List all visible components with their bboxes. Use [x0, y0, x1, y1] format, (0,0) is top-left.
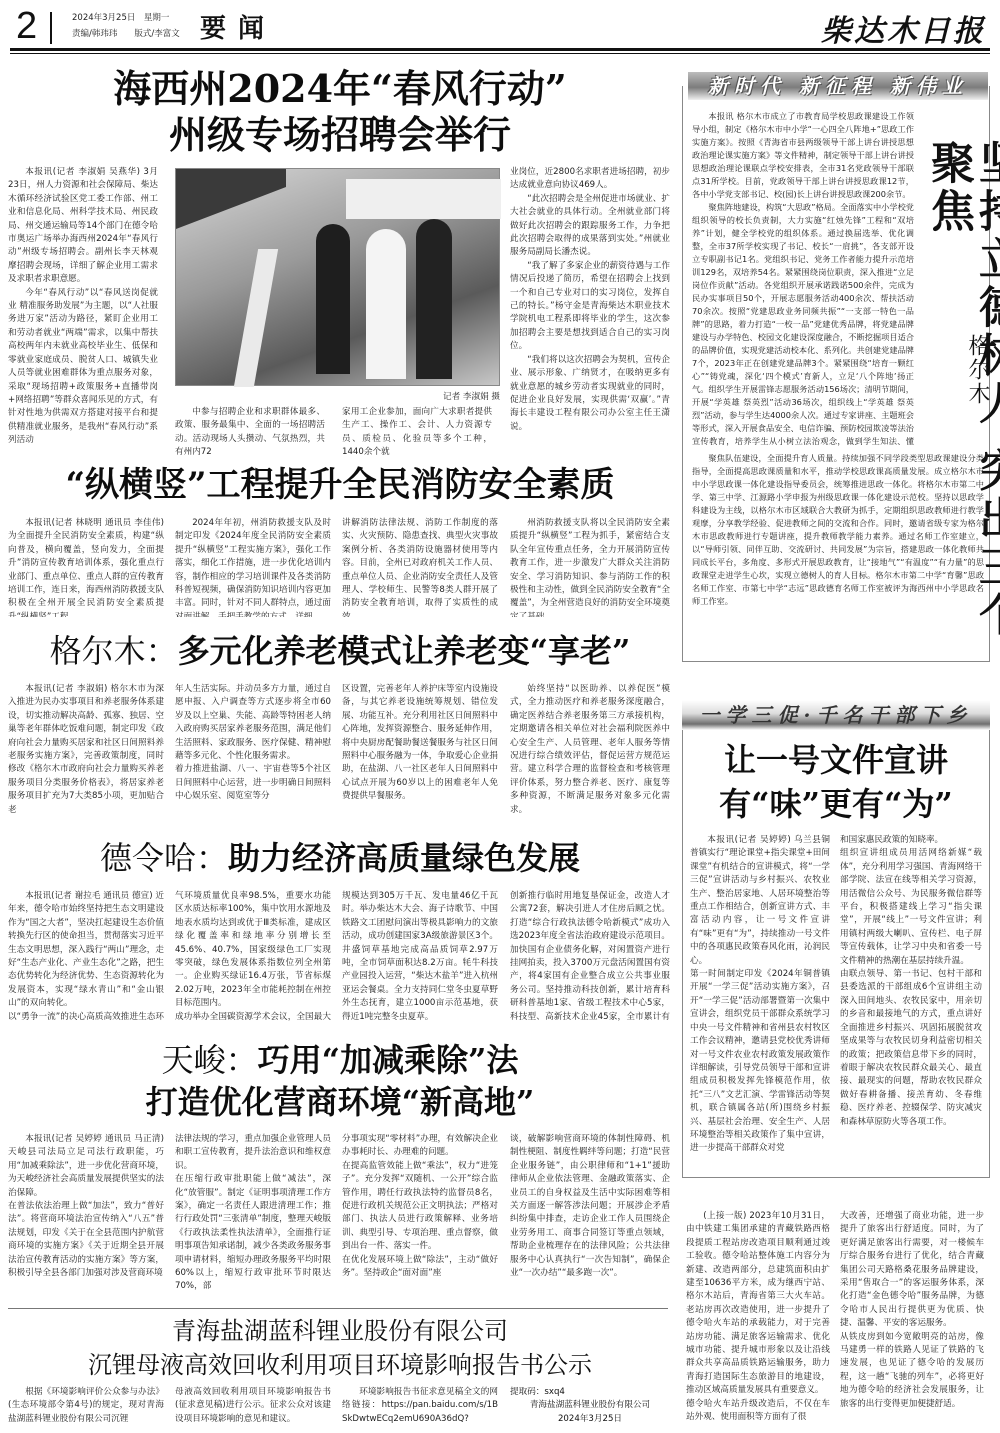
article-column: (上接一版) 2023年10月31日，由中铁建工集团承建的青藏铁路西格段提质工程… — [686, 1210, 830, 1430]
article-headline: “纵横竖”工程提升全民消防安全素质 — [0, 463, 680, 507]
article-column: 大改善，还增强了商业功能，进一步提升了旅客出行舒适度。同时，为了更好满足旅客出行… — [840, 1210, 984, 1430]
masthead: 2 2024年3月25日 星期一 责编/韩玮玮 版式/李富文 要闻 柴达木日报 — [0, 0, 1000, 52]
editors: 责编/韩玮玮 版式/李富文 — [72, 26, 180, 42]
notice-column: 提取码：sxq4 青海盐湖蓝科锂业股份有限公司 2024年3月25日 — [510, 1386, 670, 1430]
article-column: 年人生活实际。并动员多方力量，通过自愿申报、入户调查等方式逐步将全市60岁及以上… — [175, 683, 331, 819]
article-continued: (上接一版) 2023年10月31日，由中铁建工集团承建的青藏铁路西格段提质工程… — [680, 1210, 992, 1433]
article-column: 家用工企业参加，面向广大求职者提供生产工、操作工、会计、人力资源专员、质检员、化… — [342, 406, 492, 456]
photo-caption: 记者 李淑娟 摄 — [175, 390, 500, 402]
article-column: 本报讯(记者 吴婷婷 通讯员 马正清) 天峻县司法局立足司法行政职能，巧用“加减… — [8, 1133, 164, 1293]
article-column: 本报讯(记者 林晓明 通讯员 李佳伟) 为全面提升全民消防安全素质，构建“纵向普… — [8, 517, 164, 617]
article-golmud-elderly: 格尔木：多元化养老模式让养老变“享老” 本报讯(记者 李淑娟) 格尔木市为深入推… — [0, 625, 680, 825]
article-column: 2024年年初，州消防救援支队及时制定印发《2024年度全民消防安全素质提升“纵… — [175, 517, 331, 617]
sidebar-column: 和国家惠民政策的知晓率。 组织宣讲组成员用活网络新媒“载体”，充分利用学习强国、… — [840, 834, 982, 1172]
notice-title: 青海盐湖蓝科锂业股份有限公司 沉锂母液高效回收利用项目环境影响报告书公示 — [0, 1314, 680, 1382]
newspaper-logo: 柴达木日报 — [821, 6, 986, 50]
article-column: 分事项实现“零材料”办理，有效解决企业办事耗时长、办理难的问题。 在提高监管效能… — [342, 1133, 498, 1293]
article-column: 业岗位，近2800名求职者进场招聘，初步达成就业意向协议469人。 “此次招聘会… — [510, 166, 670, 454]
sidebar-title: 让一号文件宣讲 有“味”更有“为” — [682, 738, 990, 826]
article-headline: 格尔木：多元化养老模式让养老变“享老” — [0, 629, 680, 673]
extraction-code: 提取码：sxq4 — [510, 1386, 670, 1399]
notice-column: 环境影响报告书征求意见稿全文的网络链接：https://pan.baidu.co… — [342, 1386, 498, 1430]
column-banner: 一学三促·千名干部下乡 — [682, 700, 990, 730]
news-photo — [175, 168, 500, 386]
article-column: 区设置，完善老年人养护床等室内设施设备，与其它养老设施统筹规划、错位发展、功能互… — [342, 683, 498, 819]
article-column: 谈，破解影响营商环境的体制性障碍、机制性梗阻、制度性羁绊等问题；打造“民营企业服… — [510, 1133, 670, 1293]
article-column: 讲解消防法律法规、消防工作制度的落实、火灾预防、隐患查找、典型火灾事故案例分析、… — [342, 517, 498, 617]
masthead-rule — [10, 48, 990, 51]
article-delingha-green: 德令哈：助力经济高质量绿色发展 本报讯(记者 谢拉毛 通讯员 德宣) 近年来，德… — [0, 830, 680, 1030]
article-tianjun-business: 天峻：巧用“加减乘除”法 打造优化营商环境“新高地” 本报讯(记者 吴婷婷 通讯… — [0, 1035, 680, 1300]
article-column: 规模达到305万千瓦、发电量46亿千瓦时。举办柴达木大会、海子诗歌节、中国铁路文… — [342, 890, 498, 1024]
article-fire-safety: “纵横竖”工程提升全民消防安全素质 本报讯(记者 林晓明 通讯员 李佳伟) 为全… — [0, 455, 680, 615]
sidebar-author: 格尔木 — [962, 334, 993, 406]
sidebar-column: 本报讯(记者 吴婷婷) 乌兰县铜普镇实行“理论课堂+指尖课堂+田间课堂”有机结合… — [690, 834, 830, 1172]
issue-date: 2024年3月25日 星期一 — [72, 10, 180, 26]
masthead-rule-thin — [10, 53, 990, 54]
article-column: 中参与招聘企业和求职群体最多、政策、服务最集中、全面的一场招聘活动。活动现场人头… — [175, 406, 325, 456]
notice-date: 2024年3月25日 — [510, 1413, 670, 1426]
section-divider — [8, 1308, 668, 1309]
article-headline: 天峻：巧用“加减乘除”法 打造优化营商环境“新高地” — [0, 1039, 680, 1123]
article-column: 始终坚持“以医助养、以养促医”模式，全力推动医疗和养老服务深度融合，确定医养结合… — [510, 683, 670, 819]
notice-column: 母液高效回收利用项目环境影响报告书(征求意见稿)进行公示。征求公众对该建设项目环… — [175, 1386, 331, 1430]
sidebar-cadres-countryside: 一学三促·千名干部下乡 让一号文件宣讲 有“味”更有“为” 本报讯(记者 吴婷婷… — [680, 700, 992, 1200]
issue-meta: 2024年3月25日 星期一 责编/韩玮玮 版式/李富文 — [72, 10, 180, 42]
article-headline: 海西州2024年“春风行动” 州级专场招聘会举行 — [0, 66, 680, 158]
notice-column: 根据《环境影响评价公众参与办法》(生态环境部令第4号)的规定，现对青海盐湖蓝科锂… — [8, 1386, 164, 1430]
article-column: 本报讯(记者 谢拉毛 通讯员 德宣) 近年来，德令哈市始终坚持把生态文明建设作为… — [8, 890, 164, 1024]
article-column: 州消防救援支队将以全民消防安全素质提升“纵横竖”工程为抓手，紧密结合支队全年宣传… — [510, 517, 670, 617]
article-spring-breeze: 海西州2024年“春风行动” 州级专场招聘会举行 本报讯(记者 李淑娟 吴燕华)… — [0, 60, 680, 460]
article-column: 创新推行临时用地复垦保证金，改造人才公寓72套，解决引进人才住房后顾之忧。打造“… — [510, 890, 670, 1024]
sidebar-body: 聚焦队伍建设，全面提升育人质量。持续加强不同学段类型思政课建设分类指导，全面提高… — [692, 452, 984, 658]
public-notice: 青海盐湖蓝科锂业股份有限公司 沉锂母液高效回收利用项目环境影响报告书公示 根据《… — [0, 1310, 680, 1433]
article-headline: 德令哈：助力经济高质量绿色发展 — [0, 836, 680, 880]
article-column: 本报讯(记者 李淑娟 吴燕华) 3月23日，州人力资源和社会保障局、柴达木循环经… — [8, 166, 158, 454]
sidebar-body: 本报讯 格尔木市成立了市教育局学校思政课建设工作领导小组，制定《格尔木市中小学“… — [692, 110, 914, 450]
article-column: 本报讯(记者 李淑娟) 格尔木市为深入推进为民办实事项目和养老服务体系建设，切实… — [8, 683, 164, 819]
divider — [50, 12, 52, 44]
sidebar-feature-education: 新时代 新征程 新伟业 本报讯 格尔木市成立了市教育局学校思政课建设工作领导小组… — [680, 72, 992, 664]
section-title: 要闻 — [200, 8, 276, 45]
notice-signature: 青海盐湖蓝科锂业股份有限公司 — [510, 1399, 670, 1412]
article-column: 气环境质量优良率98.5%，重要水功能区水质达标率100%，集中饮用水源地及地表… — [175, 890, 331, 1024]
page-number: 2 — [16, 6, 37, 46]
article-column: 法律法规的学习，重点加强企业管理人员和职工宣传教育，提升法治意识和维权意识。 在… — [175, 1133, 331, 1293]
